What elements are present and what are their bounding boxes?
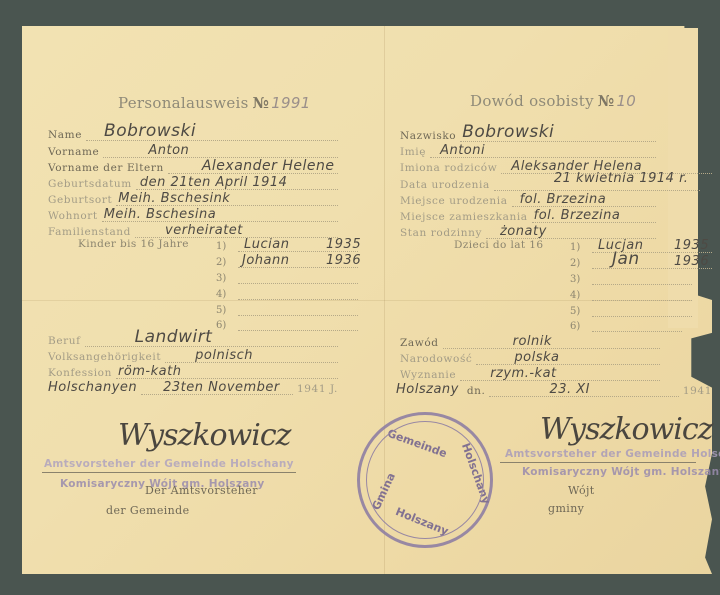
field-familienstand: Familienstand verheiratet — [48, 223, 338, 238]
child-name: Johann — [242, 253, 289, 268]
field-label: Miejsce urodzenia — [400, 195, 508, 207]
field-label: Imiona rodziców — [400, 162, 497, 174]
field-value: polnisch — [195, 348, 253, 363]
field-label: Vorname — [48, 146, 99, 158]
field-value: Landwirt — [135, 327, 213, 347]
child-row: 1)Lucian1935 — [216, 238, 358, 252]
field-label: Vorname der Eltern — [48, 162, 164, 174]
children-label: Dzieci do lat 16 — [454, 239, 543, 251]
issue-place-date: Holszany dn. 23. XI 1941 — [396, 382, 712, 397]
child-row: 2)Johann1936 — [216, 254, 358, 268]
field-nazwisko: Nazwisko Bobrowski — [400, 127, 656, 142]
child-row: 3) — [570, 271, 692, 285]
child-row: 5) — [216, 302, 358, 316]
official-title: Wójt — [568, 484, 595, 497]
field-label: Wohnort — [48, 210, 98, 222]
child-row: 1)Lucjan1935 — [570, 239, 712, 253]
field-label: Name — [48, 129, 82, 141]
child-row: 4) — [216, 286, 358, 300]
issue-place: Holschanyen — [48, 380, 137, 395]
field-value: röm-kath — [118, 364, 181, 379]
child-number: 3) — [216, 273, 234, 284]
child-number: 4) — [216, 289, 234, 300]
field-value: den 21ten April 1914 — [140, 175, 288, 190]
field-value: fol. Brzezina — [534, 208, 621, 223]
document-number: 1991 — [271, 94, 310, 112]
field-value: Bobrowski — [462, 122, 554, 142]
field-wyznanie: Wyznanie rzym.-kat — [400, 366, 660, 381]
field-label: Geburtsdatum — [48, 178, 132, 190]
field-label: Miejsce zamieszkania — [400, 211, 528, 223]
field-name: Name Bobrowski — [48, 126, 338, 141]
child-row: 2)Jan1936 — [570, 255, 712, 269]
child-name: Lucian — [244, 237, 289, 252]
field-data-urodzenia: Data urodzenia 21 kwietnia 1914 r. — [400, 176, 700, 191]
child-name: Jan — [612, 249, 640, 269]
child-row: 5) — [570, 303, 692, 317]
round-seal-stamp: Gemeinde Holschany Gmina Holszany — [357, 412, 493, 548]
field-label: Data urodzenia — [400, 179, 490, 191]
field-beruf: Beruf Landwirt — [48, 332, 338, 347]
field-label: Familienstand — [48, 226, 131, 238]
issue-year: 1941 J. — [297, 383, 338, 395]
issue-date: 23ten November — [163, 380, 280, 395]
child-number: 6) — [216, 320, 234, 331]
child-year: 1936 — [326, 253, 361, 268]
child-number: 2) — [570, 258, 588, 269]
field-miejsce-zamieszkania: Miejsce zamieszkania fol. Brzezina — [400, 208, 656, 223]
children-label: Kinder bis 16 Jahre — [78, 238, 189, 250]
field-label: Wyznanie — [400, 369, 456, 381]
field-value: polska — [514, 350, 559, 365]
title-text: Personalausweis — [118, 94, 249, 112]
field-value: Meih. Bschesink — [118, 191, 230, 206]
child-row: 6) — [570, 318, 682, 332]
child-number: 5) — [216, 305, 234, 316]
child-number: 2) — [216, 257, 234, 268]
seal-text-bottom: Holszany — [394, 505, 451, 538]
child-number: 6) — [570, 321, 588, 332]
child-number: 1) — [570, 242, 588, 253]
polish-title: Dowód osobisty№10 — [470, 92, 636, 110]
field-value: fol. Brzezina — [520, 192, 607, 207]
field-value: 21 kwietnia 1914 r. — [554, 171, 689, 186]
field-label: Narodowość — [400, 353, 472, 365]
issue-place: Holszany — [396, 382, 459, 397]
official-stamp-line-1: Amtsvorsteher der Gemeinde Holschany — [44, 458, 294, 470]
field-label: Konfession — [48, 367, 112, 379]
child-row: 4) — [570, 287, 692, 301]
child-number: 4) — [570, 290, 588, 301]
field-geburtsdatum: Geburtsdatum den 21ten April 1914 — [48, 175, 338, 190]
field-value: żonaty — [500, 224, 547, 239]
issue-date: 23. XI — [549, 382, 590, 397]
document-number: 10 — [616, 92, 636, 110]
field-value: Alexander Helene — [202, 158, 335, 174]
field-value: Bobrowski — [104, 121, 196, 141]
child-row: 6) — [216, 317, 358, 331]
field-label: Beruf — [48, 335, 81, 347]
child-number: 3) — [570, 274, 588, 285]
field-narodowosc: Narodowość polska — [400, 350, 660, 365]
field-konfession: Konfession röm-kath — [48, 364, 338, 379]
field-label: Nazwisko — [400, 130, 456, 142]
issue-place-date: Holschanyen 23ten November 1941 J. — [48, 380, 338, 395]
field-value: Meih. Bschesina — [104, 207, 217, 222]
german-title: Personalausweis№1991 — [118, 94, 311, 112]
child-year: 1935 — [674, 238, 709, 253]
field-eltern: Vorname der Eltern Alexander Helene — [48, 159, 338, 174]
field-vorname: Vorname Anton — [48, 143, 338, 158]
date-label: dn. — [467, 385, 486, 397]
field-imie: Imię Antoni — [400, 143, 656, 158]
seal-text-top: Gemeinde — [386, 427, 449, 461]
official-title: Der Amtsvorsteher — [145, 484, 258, 497]
number-label: № — [598, 92, 615, 110]
child-year: 1936 — [674, 254, 709, 269]
field-volksangehoerigkeit: Volksangehörigkeit polnisch — [48, 348, 338, 363]
field-label: Geburtsort — [48, 194, 112, 206]
issue-year: 1941 — [683, 385, 712, 397]
field-geburtsort: Geburtsort Meih. Bschesink — [48, 191, 338, 206]
signature-line — [500, 462, 696, 463]
child-year: 1935 — [326, 237, 361, 252]
official-stamp-line-2: Komisaryczny Wójt gm. Holszany — [522, 466, 720, 478]
number-label: № — [253, 94, 270, 112]
official-stamp-line-1: Amtsvorsteher der Gemeinde Holschany — [505, 448, 720, 460]
child-number: 5) — [570, 306, 588, 317]
field-wohnort: Wohnort Meih. Bschesina — [48, 207, 338, 222]
field-value: rzym.-kat — [490, 366, 556, 381]
field-label: Stan rodzinny — [400, 227, 482, 239]
field-label: Zawód — [400, 337, 439, 349]
official-subtitle: der Gemeinde — [106, 504, 190, 517]
title-text: Dowód osobisty — [470, 92, 594, 110]
child-row: 3) — [216, 270, 358, 284]
signature-line — [42, 472, 296, 473]
field-stan-rodzinny: Stan rodzinny żonaty — [400, 224, 656, 239]
field-label: Imię — [400, 146, 426, 158]
field-label: Volksangehörigkeit — [48, 351, 161, 363]
official-subtitle: gminy — [548, 502, 584, 515]
field-value: verheiratet — [165, 223, 243, 238]
field-value: Antoni — [440, 143, 485, 158]
field-value: rolnik — [513, 334, 552, 349]
official-signature: Wyszkowicz — [540, 412, 712, 447]
field-zawod: Zawód rolnik — [400, 334, 660, 349]
field-value: Anton — [148, 143, 189, 158]
field-miejsce-urodzenia: Miejsce urodzenia fol. Brzezina — [400, 192, 656, 207]
official-signature: Wyszkowicz — [118, 418, 290, 453]
seal-text-left: Gmina — [370, 471, 398, 512]
child-number: 1) — [216, 241, 234, 252]
